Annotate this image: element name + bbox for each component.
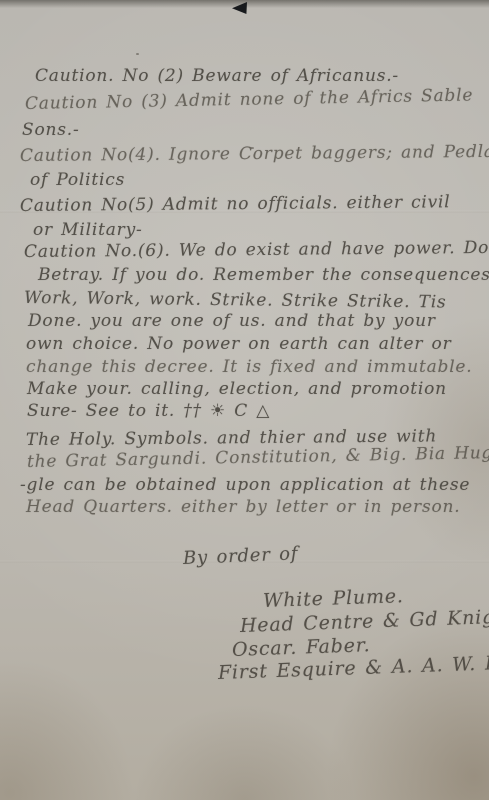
handwritten-line: Sure- See to it. †† ☀ C △ — [27, 403, 270, 420]
handwritten-line: Caution No.(6). We do exist and have pow… — [24, 240, 489, 261]
handwritten-line: Done. you are one of us. and that by you… — [28, 313, 436, 330]
handwritten-line: Caution No(4). Ignore Corpet baggers; an… — [20, 144, 489, 165]
handwritten-line: Head Quarters. either by letter or in pe… — [26, 499, 460, 516]
handwritten-line: change this decree. It is fixed and immu… — [26, 359, 473, 376]
handwritten-line: Sons.- — [22, 122, 80, 139]
handwritten-line: of Politics — [30, 172, 125, 189]
handwritten-line: Caution No(5) Admit no officials. either… — [20, 194, 451, 215]
handwritten-line: Work, Work, work. Strike. Strike Strike.… — [24, 290, 447, 311]
handwritten-line: Caution. No (2) Beware of Africanus.- — [35, 68, 399, 85]
closing-line: By order of — [183, 545, 299, 568]
handwritten-line: own choice. No power on earth can alter … — [26, 336, 452, 353]
handwritten-line: or Military- — [33, 222, 143, 239]
signature-name: White Plume. — [263, 587, 404, 611]
handwritten-line: -gle can be obtained upon application at… — [20, 477, 470, 494]
handwritten-line: Make your. calling, election, and promot… — [27, 381, 447, 398]
handwritten-line: Betray. If you do. Remember the conseque… — [38, 267, 489, 284]
paper-speck — [136, 53, 139, 55]
